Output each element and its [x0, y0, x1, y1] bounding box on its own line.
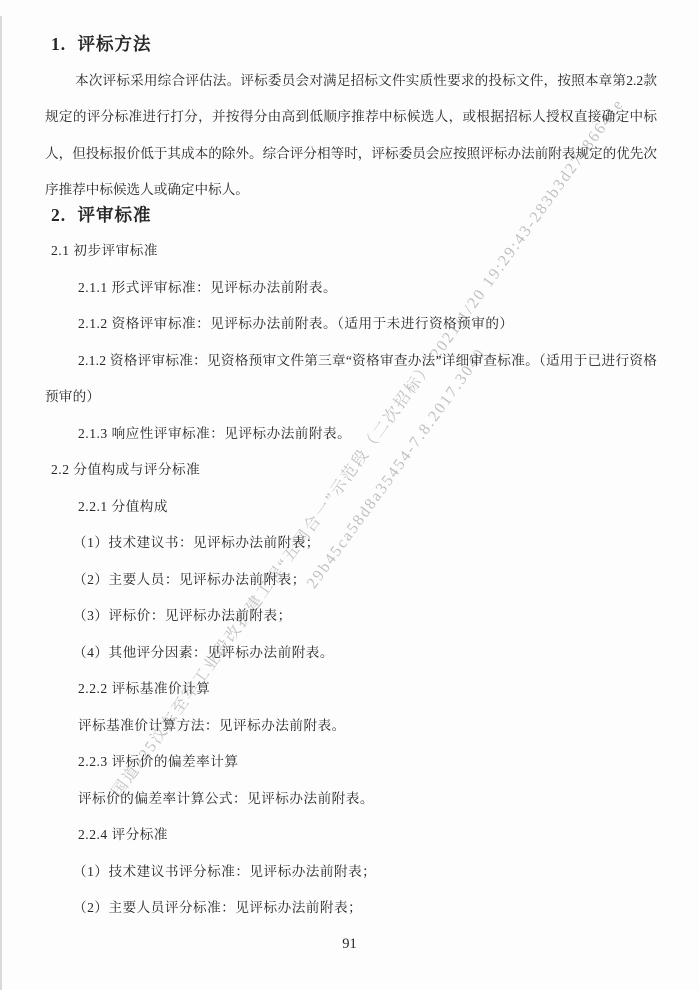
document-body: 1. 评标方法本次评标采用综合评估法。评标委员会对满足招标文件实质性要求的投标文…	[45, 26, 657, 927]
section-title: 1. 评标方法	[45, 26, 657, 63]
list-item-line: （2）主要人员：见评标办法前附表；	[45, 562, 657, 599]
document-page: 国道225汶东至军工业段改扩建工程“五网合一”示范段（二次招标）-2021/1/…	[0, 0, 699, 990]
clause-line: 评标基准价计算方法：见评标办法前附表。	[45, 708, 657, 745]
list-item-line: （3）评标价：见评标办法前附表；	[45, 598, 657, 635]
clause-line: 2.1.2 资格评审标准：见评标办法前附表。（适用于未进行资格预审的）	[45, 306, 657, 343]
subsection-heading: 2.2 分值构成与评分标准	[45, 452, 657, 489]
list-item-line: （4）其他评分因素：见评标办法前附表。	[45, 635, 657, 672]
list-item-line: （1）技术建议书评分标准：见评标办法前附表；	[45, 854, 657, 891]
clause-line: 2.1.1 形式评审标准：见评标办法前附表。	[45, 270, 657, 307]
page-number: 91	[0, 936, 699, 953]
list-item-line: （1）技术建议书：见评标办法前附表；	[45, 525, 657, 562]
paragraph: 本次评标采用综合评估法。评标委员会对满足招标文件实质性要求的投标文件，按照本章第…	[45, 63, 657, 209]
subsection-heading: 2.1 初步评审标准	[45, 233, 657, 270]
clause-line: 2.1.3 响应性评审标准：见评标办法前附表。	[45, 416, 657, 453]
clause-line: 2.1.2 资格评审标准：见资格预审文件第三章“资格审查办法”详细审查标准。（适…	[45, 343, 657, 416]
clause-line: 评标价的偏差率计算公式：见评标办法前附表。	[45, 781, 657, 818]
list-item-line: （2）主要人员评分标准：见评标办法前附表；	[45, 890, 657, 927]
section-title: 2. 评审标准	[45, 197, 657, 234]
clause-line: 2.2.4 评分标准	[45, 817, 657, 854]
clause-line: 2.2.3 评标价的偏差率计算	[45, 744, 657, 781]
clause-line: 2.2.2 评标基准价计算	[45, 671, 657, 708]
clause-line: 2.2.1 分值构成	[45, 489, 657, 526]
